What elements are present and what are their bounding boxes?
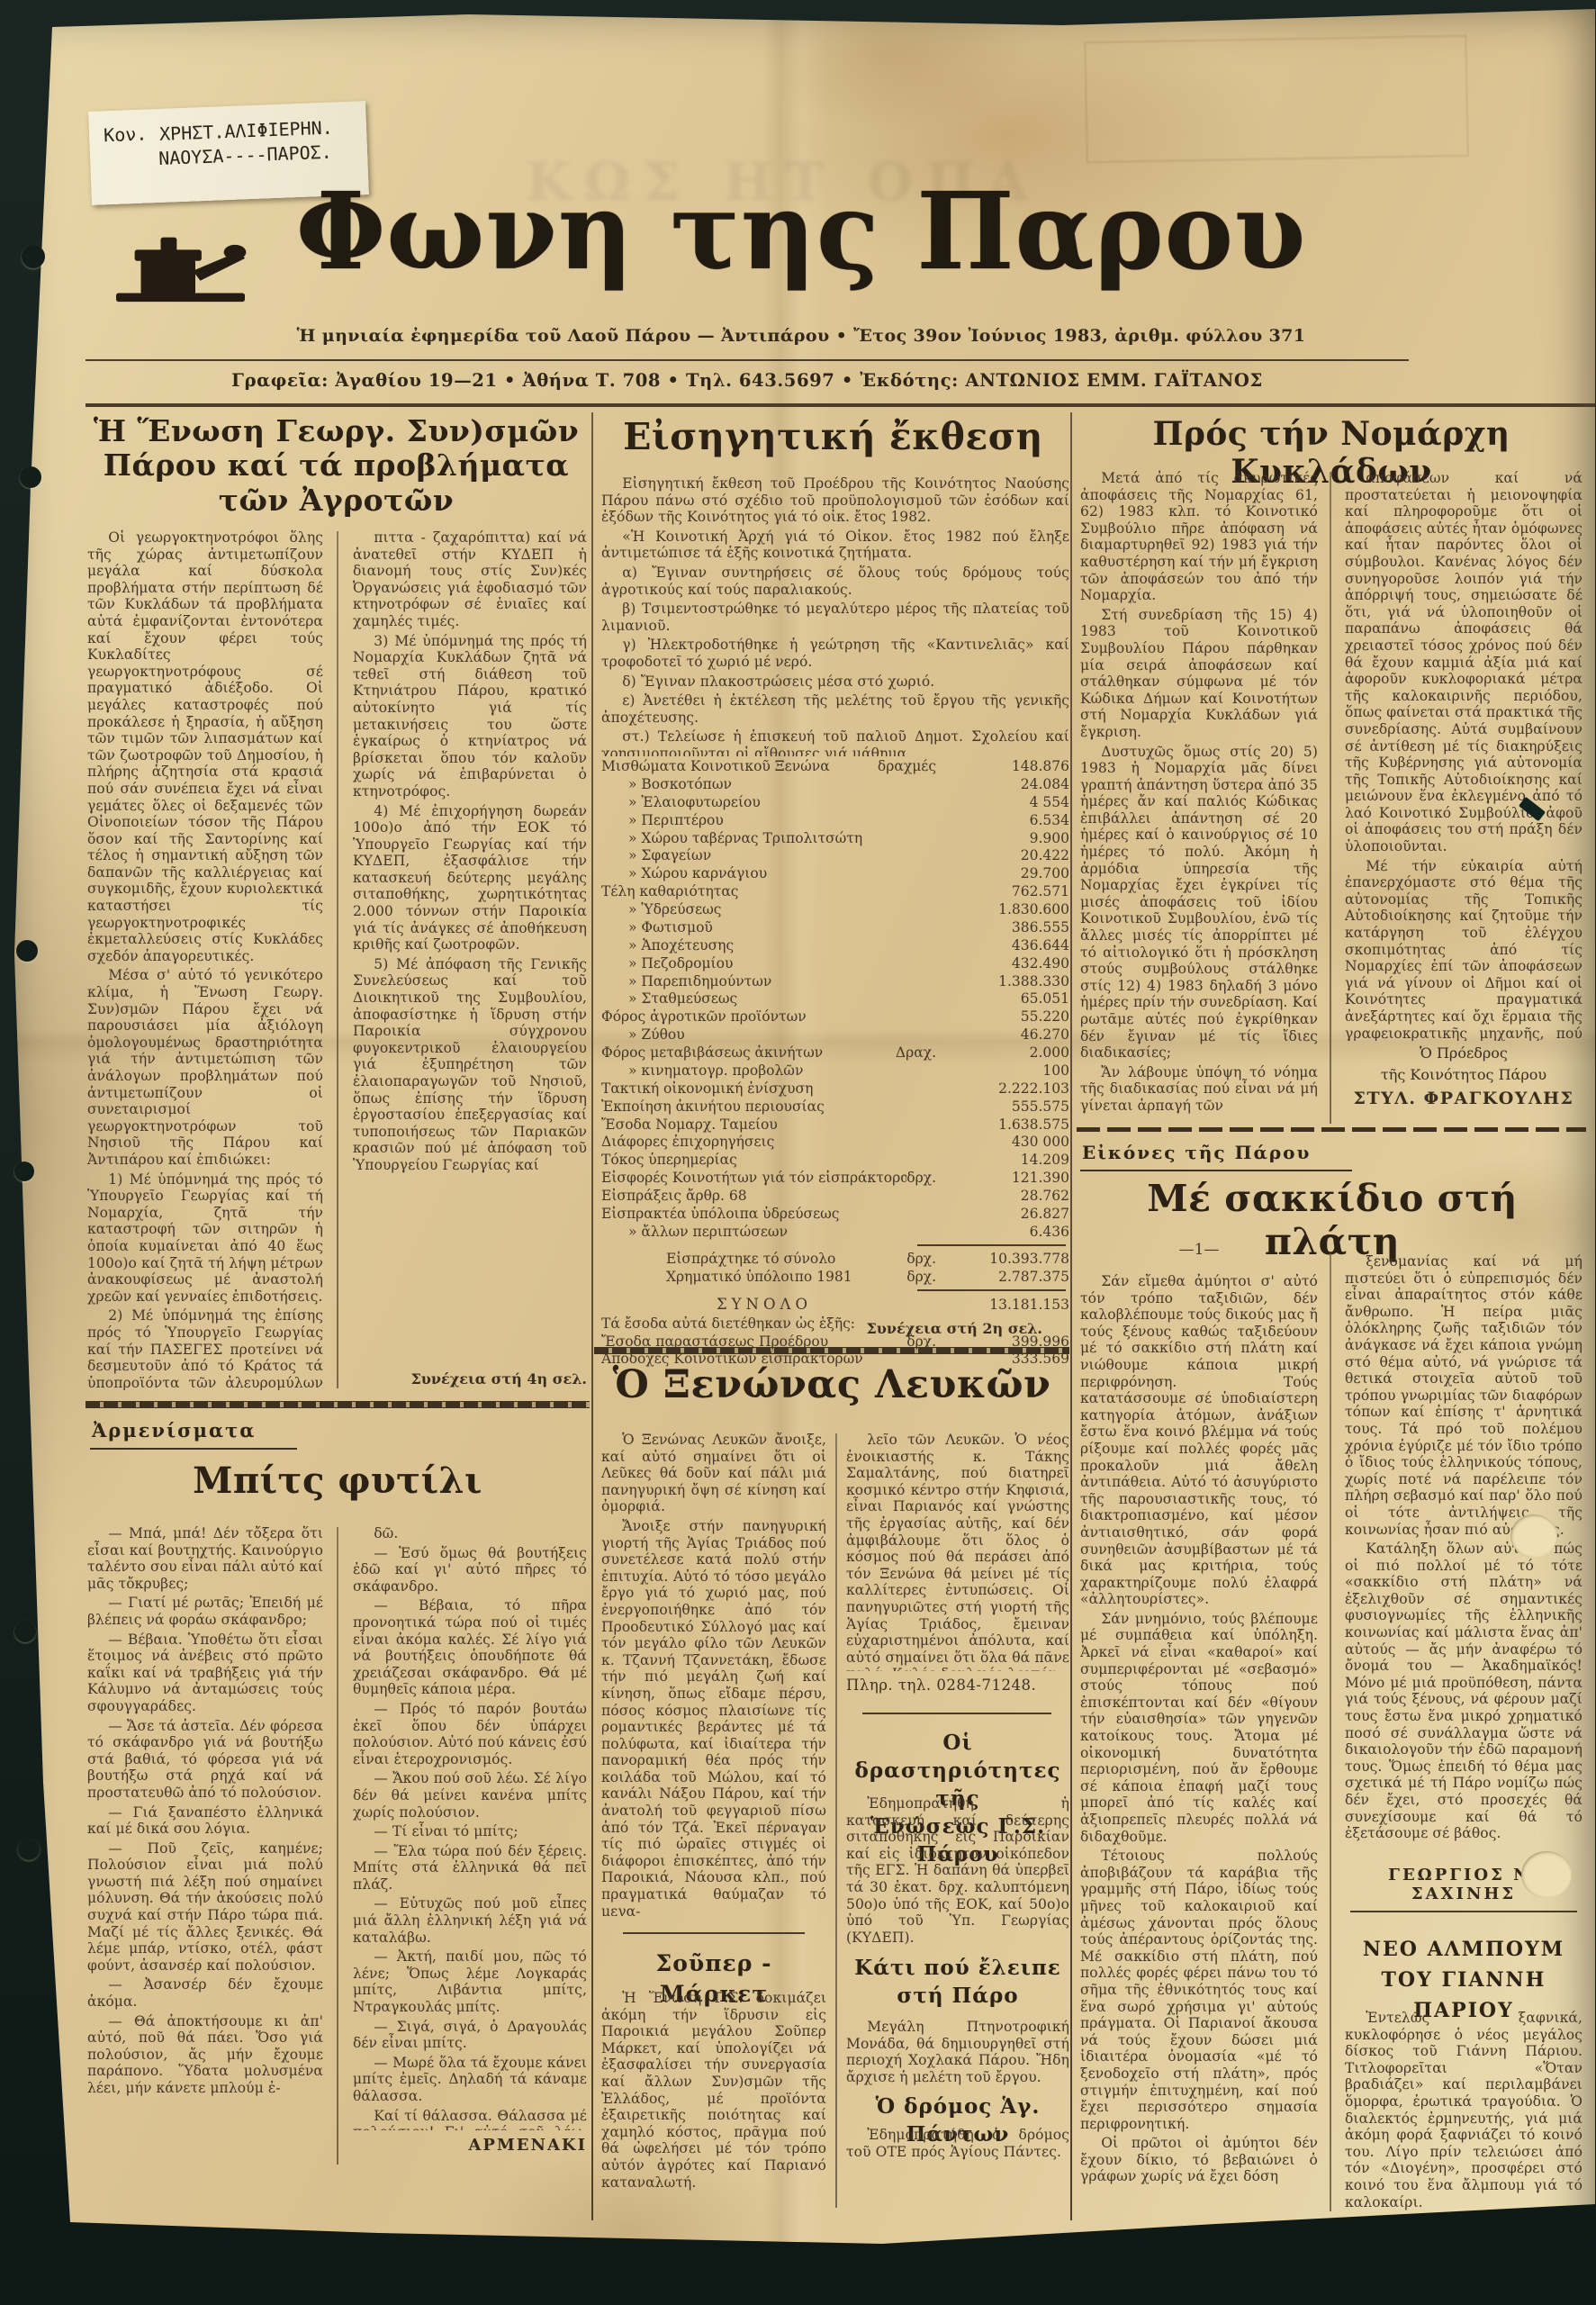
nomarxi-column-2: ἀποφάσεων καί νά προστατεύεται ἡ μειονοψ… [1345,470,1582,1041]
paragraph: Μετά ἀπό τίς ἀκυρωτικές ἀποφάσεις τῆς Νο… [1080,470,1318,604]
section-rule [862,1713,1051,1714]
section-divider [86,1401,590,1408]
paragraph: 1) Μέ ὑπόμνημά της πρός τό Ὑπουργεῖο Γεω… [87,1171,323,1306]
masthead-rule-bottom [86,403,1595,407]
finance-row: Τόκος ὑπερημερίας14.209 [601,1152,1069,1168]
finance-label: » Πεζοδρομίου [601,955,733,972]
agrotes-column-2: πιττα - ζαχαρόπιττα) καί νά ἀνατεθεῖ στή… [353,529,587,1367]
finance-value: 4 554 [969,794,1069,810]
signature-fragkoulis: Ὁ Πρόεδρος τῆς Κοινότητος Πάρου ΣΤΥΛ. ΦΡ… [1345,1043,1582,1112]
paragraph: Ἐδημοπρατήθη ἡ κατασκευή καί δεύτερης σι… [846,1795,1069,1945]
punch-hole [20,466,41,488]
finance-label: Εἰσπρακτέα ὑπόλοιπα ὑδρεύσεως [601,1206,839,1222]
ekthesi-intro: Εἰσηγητική ἔκθεση τοῦ Προέδρου τῆς Κοινό… [601,475,1069,756]
finance-label: Τέλη καθαριότητας [601,883,738,899]
finance-row: Εἰσφορές Κοινοτήτων γιά τόν εἰσπράκτοραδ… [601,1170,1069,1186]
finance-value: 148.876 [969,758,1069,774]
finance-value: 1.830.600 [969,901,1069,917]
finance-unit: δραχμές [878,758,969,774]
finance-value: 65.051 [969,990,1069,1007]
signature-role: Ὁ Πρόεδρος [1345,1043,1582,1064]
finance-row: » Ζύθου46.270 [601,1026,1069,1043]
finance-value: 26.827 [969,1206,1069,1222]
paragraph: στ.) Τελείωσε ἡ ἐπισκευή τοῦ παλιοῦ Δημο… [601,728,1069,756]
finance-label: Τακτική οἰκονομική ἐνίσχυση [601,1080,813,1097]
paragraph: — Ἐσύ ὅμως θά βουτήξεις ἐδῶ καί γι' αὐτό… [353,1545,587,1595]
paragraph: — Γιατί μέ ρωτᾶς; Ἐπειδή μέ βλέπεις νά φ… [87,1595,323,1628]
paper-hole [1521,1851,1572,1898]
paragraph: ε) Ἀνετέθει ἡ ἐκτέλεση τῆς μελέτης τοῦ ἔ… [601,692,1069,726]
subcolumn-divider [835,1433,837,2208]
column-divider [1070,412,1072,2220]
finance-label: ΣΥΝΟΛΟ [601,1296,812,1313]
paragraph: 4) Μέ ἐπιχορήγηση δωρεάν 100ο)ο ἀπό τήν … [353,803,587,954]
finance-value: 24.084 [969,776,1069,792]
finance-row: » Βοσκοτόπων24.084 [601,776,1069,792]
finance-label: Διάφορες ἐπιχορηγήσεις [601,1134,774,1150]
finance-row: » Ἀποχέτευσης436.644 [601,937,1069,954]
continuation-note: Συνέχεια στή 4η σελ. [353,1370,587,1388]
paragraph: Καί τί θάλασσα. Θάλασσα μέ πολούσιον! Γι… [353,2108,587,2130]
scanned-newspaper-photo: { "address_label": { "line1": "Κον.", "l… [0,0,1596,2305]
kati-body: Μεγάλη Πτηνοτροφική Μονάδα, θά δημιουργη… [846,2019,1069,2089]
paragraph: Οἱ πρῶτοι οἱ ἀμύητοι δέν ἔχουν δίκιο, τό… [1080,2135,1318,2185]
section-divider [594,1347,1069,1354]
finance-unit: δρχ. [906,1251,969,1267]
paragraph: α) Ἔγιναν συντηρήσεις σέ ὅλους τούς δρόμ… [601,565,1069,598]
xenonas-column-2: λεῖο τῶν Λευκῶν. Ὁ νέος ἐνοικιαστής κ. Τ… [846,1432,1069,1671]
paragraph: — Βέβαια, τό πῆρα προνοητικά τώρα πού οἱ… [353,1597,587,1698]
paragraph: Τέτοιους πολλούς ἀποβιβάζουν τά καράβια … [1080,1848,1318,2132]
finance-value: 430 000 [969,1134,1069,1150]
paragraph: 2) Μέ ὑπόμνημά της ἐπίσης πρός τό Ὑπουργ… [87,1307,323,1390]
finance-row: Εἰσπράξεις ἄρθρ. 6828.762 [601,1188,1069,1204]
album-body: Ἐντελῶς ξαφνικά, κυκλοφόρησε ὁ νέος μεγά… [1345,2010,1582,2222]
finance-row: Εἰσπρακτέα ὑπόλοιπα ὑδρεύσεως26.827 [601,1206,1069,1222]
paragraph: — Μπά, μπά! Δέν τὄξερα ὅτι εἶσαι καί βου… [87,1525,323,1592]
section-rule [623,1932,805,1934]
finance-label: » Σταθμεύσεως [601,990,737,1007]
finance-row: » ἄλλων περιπτώσεων6.436 [601,1224,1069,1240]
paragraph: — Βέβαια. Ὑποθέτω ὅτι εἶσαι ἕτοιμος νά ἀ… [87,1632,323,1715]
finance-value: 100 [969,1062,1069,1079]
headline-bits: Μπίτς φυτίλι [86,1460,590,1502]
finance-unit: Δραχ. [896,1044,969,1061]
punch-hole [22,245,45,268]
bits-column-2: δῶ.— Ἐσύ ὅμως θά βουτήξεις ἐδῶ καί γι' α… [353,1525,587,2130]
finance-label: » Παρεπιδημούντων [601,973,771,990]
newspaper-page: ΚΩΣ ΗΤ ΟΠΑ Κον. ΧΡΗΣΤ.ΑΛΙΦΙΕΡΗΝ. ΝΑΟΥΣΑ-… [0,0,1596,2305]
xenonas-column-1: Ὁ Ξενώνας Λευκῶν ἄνοιξε, καί αὐτό σημαίν… [601,1432,826,1916]
finance-row: » Σφαγείων20.422 [601,847,1069,863]
paragraph: — Τί εἶναι τό μπίτς; [353,1823,587,1840]
paragraph: Οἱ γεωργοκτηνοτρόφοι ὅλης τῆς χώρας ἀντι… [87,529,323,964]
signature-armenaki: ΑΡΜΕΝΑΚΙ [353,2136,587,2155]
finance-label: Εἰσπράξεις ἄρθρ. 68 [601,1188,747,1204]
finance-row: Χρηματικό ὑπόλοιπο 1981δρχ.2.787.375 [601,1269,1069,1285]
finance-row: » κινηματογρ. προβολῶν100 [601,1062,1069,1079]
paragraph: πιττα - ζαχαρόπιττα) καί νά ἀνατεθεῖ στή… [353,529,587,630]
finance-row: » Ἐλαιοφυτωρείου4 554 [601,794,1069,810]
finance-row: Ἐκποίηση ἀκινήτου περιουσίας555.575 [601,1098,1069,1115]
finance-value: 55.220 [969,1008,1069,1025]
masthead-office-line: Γραφεῖα: Ἀγαθίου 19—21 • Ἀθήνα Τ. 708 • … [86,370,1409,391]
punch-hole [18,1839,40,1860]
paragraph: Κατάληξη ὅλων αὐτῶν, πώς οἱ πιό πολλοί μ… [1345,1541,1582,1842]
finance-label: » Χώρου ταβέρνας Τριπολιτσώτη [601,830,862,846]
finance-label: » Ζύθου [601,1026,685,1043]
finance-row: Φόρος ἀγροτικῶν προϊόντων55.220 [601,1008,1069,1025]
finance-table: Μισθώματα Κοινοτικοῦ Ξενώναδραχμές148.87… [601,758,1069,1369]
finance-label: » κινηματογρ. προβολῶν [601,1062,803,1079]
finance-row: » Ὑδρεύσεως1.830.600 [601,901,1069,917]
paragraph: ξενομανίας καί νά μή πιστεύει ὅτι ὁ εὐπρ… [1345,1253,1582,1538]
finance-row: » Σταθμεύσεως65.051 [601,990,1069,1007]
headline-kati-eleipe: Κάτι πού ἔλειπε στή Πάρο [846,1954,1069,2010]
paragraph: Εἰσηγητική ἔκθεση τοῦ Προέδρου τῆς Κοινό… [601,475,1069,526]
finance-label: Ἔσοδα Νομαρχ. Ταμείου [601,1116,778,1133]
kicker-eikones: Εἰκόνες τῆς Πάρου [1080,1142,1352,1171]
subcolumn-divider [337,1527,338,2165]
finance-value: 6.436 [969,1224,1069,1240]
punch-hole [14,1621,36,1642]
paragraph: — Ἔλα τώρα πού δέν ξέρεις. Μπίτς στά ἑλλ… [353,1843,587,1894]
table-subtotal-rule [917,1289,1066,1291]
headline-xenonas: Ὁ Ξενώνας Λευκῶν [594,1363,1069,1408]
finance-label: Φόρος ἀγροτικῶν προϊόντων [601,1008,807,1025]
punch-hole [14,1162,34,1181]
sakkidio-column-1: Σάν εἴμεθα ἀμύητοι σ' αὐτό τόν τρόπο ταξ… [1080,1273,1318,2220]
finance-row: ΣΥΝΟΛΟ13.181.153 [601,1296,1069,1313]
finance-label: » Σφαγείων [601,847,711,863]
finance-label: Χρηματικό ὑπόλοιπο 1981 [601,1269,852,1285]
paragraph: Μέσα σ' αὐτό τό γενικότερο κλίμα, ἡ Ἕνωσ… [87,967,323,1168]
finance-value: 29.700 [969,865,1069,881]
paragraph: — Ἄκου πού σοῦ λέω. Σέ λίγο δέν θά μείνε… [353,1770,587,1821]
finance-value: 121.390 [969,1170,1069,1186]
paragraph: — Ἀκτή, παιδί μου, πῶς τό λένε; Ὅπως λέμ… [353,1948,587,2015]
finance-label: » Χώρου καρνάγιου [601,865,767,881]
finance-value: 6.534 [969,812,1069,828]
subcolumn-divider [337,531,338,1388]
finance-value: 28.762 [969,1188,1069,1204]
finance-row: » Χώρου ταβέρνας Τριπολιτσώτη9.900 [601,830,1069,846]
part-number: —1— [1080,1241,1318,1259]
newspaper-title: Φωνη της Παρου [286,173,1317,315]
finance-value: 13.181.153 [969,1297,1069,1313]
agrotes-column-1: Οἱ γεωργοκτηνοτρόφοι ὅλης τῆς χώρας ἀντι… [87,529,323,1390]
finance-value: 2.000 [969,1044,1069,1061]
finance-label: Εἰσφορές Κοινοτήτων γιά τόν εἰσπράκτορα [601,1170,906,1186]
paragraph: Σάν μνημόνιο, τούς βλέπουμε μέ συμπάθεια… [1080,1611,1318,1845]
finance-label: Φόρος μεταβιβάσεως ἀκινήτων [601,1044,823,1061]
signature-name: ΣΤΥΛ. ΦΡΑΓΚΟΥΛΗΣ [1345,1086,1582,1112]
finance-row: Μισθώματα Κοινοτικοῦ Ξενώναδραχμές148.87… [601,758,1069,774]
paragraph: Ἐντελῶς ξαφνικά, κυκλοφόρησε ὁ νέος μεγά… [1345,2010,1582,2210]
paragraph: δ) Ἔγιναν πλακοστρώσεις μέσα στό χωριό. [601,673,1069,691]
finance-row: » Περιπτέρου6.534 [601,812,1069,828]
finance-row: Τακτική οἰκονομική ἐνίσχυση2.222.103 [601,1080,1069,1097]
finance-value: 555.575 [969,1098,1069,1115]
finance-label: » Περιπτέρου [601,812,724,828]
paragraph: β) Τσιμεντοστρώθηκε τό μεγαλύτερο μέρος … [601,601,1069,634]
paragraph: δῶ. [353,1525,587,1542]
finance-label: » Ἐλαιοφυτωρείου [601,794,761,810]
subcolumn-divider [1330,1253,1331,2211]
paragraph: — Γιά ξαναπέστο ἑλληνικά καί μέ δικά σου… [87,1804,323,1838]
finance-label: » Ὑδρεύσεως [601,901,721,917]
finance-label: Εἰσπράχτηκε τό σύνολο [601,1251,835,1267]
finance-value: 46.270 [969,1026,1069,1043]
finance-row: » Φωτισμοῦ386.555 [601,919,1069,936]
finance-value: 2.787.375 [969,1269,1069,1285]
finance-row: Τέλη καθαριότητας762.571 [601,883,1069,899]
paragraph: λεῖο τῶν Λευκῶν. Ὁ νέος ἐνοικιαστής κ. Τ… [846,1432,1069,1671]
continuation-note: Συνέχεια στή 2η σελ. [601,1320,1042,1337]
column-divider [591,412,593,2220]
finance-label: » Φωτισμοῦ [601,919,713,936]
paragraph: 3) Μέ ὑπόμνημά της πρός τή Νομαρχία Κυκλ… [353,633,587,800]
paragraph: — Θά ἀποκτήσουμε κι ἀπ' αὐτό, ποῦ θά πάε… [87,2013,323,2097]
section-rule [1350,1911,1577,1912]
finance-value: 762.571 [969,883,1069,899]
finance-label: » ἄλλων περιπτώσεων [601,1224,788,1240]
finance-row: Φόρος μεταβιβάσεως ἀκινήτωνΔραχ.2.000 [601,1044,1069,1061]
bleed-through-frame [1084,34,1469,163]
finance-value: 14.209 [969,1152,1069,1168]
finance-value: 386.555 [969,919,1069,936]
table-subtotal-rule [917,1244,1066,1246]
finance-value: 2.222.103 [969,1080,1069,1097]
printing-press-logo-icon [106,230,255,306]
finance-value: 432.490 [969,955,1069,972]
finance-row: Διάφορες ἐπιχορηγήσεις430 000 [601,1134,1069,1150]
finance-label: Μισθώματα Κοινοτικοῦ Ξενώνα [601,758,830,774]
paragraph: Δυστυχῶς ὅμως στίς 20) 5) 1983 ἡ Νομαρχί… [1080,744,1318,1062]
paragraph: Ἐδημοπρατήθη ὁ δρόμος τοῦ ΟΤΕ πρός Ἁγίου… [846,2127,1069,2160]
paragraph: — Μωρέ ὅλα τά ἔχουμε κάνει μπίτς ἐμεῖς. … [353,2055,587,2105]
finance-row: Ἔσοδα Νομαρχ. Ταμείου1.638.575 [601,1116,1069,1133]
signature-org: τῆς Κοινότητος Πάρου [1345,1064,1582,1086]
finance-row: » Πεζοδρομίου432.490 [601,955,1069,972]
finance-row: Εἰσπράχτηκε τό σύνολοδρχ.10.393.778 [601,1251,1069,1267]
dromos-body: Ἐδημοπρατήθη ὁ δρόμος τοῦ ΟΤΕ πρός Ἁγίου… [846,2127,1069,2197]
masthead-rule-top [86,359,1409,361]
paragraph: Ὁ Ξενώνας Λευκῶν ἄνοιξε, καί αὐτό σημαίν… [601,1432,826,1515]
headline-ekthesi: Εἰσηγητική ἔκθεση [597,416,1069,459]
finance-value: 10.393.778 [969,1251,1069,1267]
punch-hole [16,940,38,962]
paragraph: — Σιγά, σιγά, ὁ Δραγουλάς δέν εἶναι μπίτ… [353,2019,587,2052]
paragraph: — Ἄσε τά ἀστεῖα. Δέν φόρεσα τό σκάφανδρο… [87,1718,323,1802]
finance-value: 9.900 [969,830,1069,846]
masthead-subtitle: Ἡ μηνιαία ἐφημερίδα τοῦ Λαοῦ Πάρου — Ἀντ… [225,326,1377,346]
paragraph: — Ποῦ ζεῖς, καημένε; Πολούσιον εἶναι μιά… [87,1840,323,1975]
finance-row: » Χώρου καρνάγιου29.700 [601,865,1069,881]
paragraph: Μέ τήν εὐκαιρία αὐτή ἐπανερχόμαστε στό θ… [1345,858,1582,1041]
paper-hole [1510,1514,1557,1558]
drastiriotites-body: Ἐδημοπρατήθη ἡ κατασκευή καί δεύτερης σι… [846,1795,1069,1945]
finance-label: » Βοσκοτόπων [601,776,732,792]
nomarxi-column-1: Μετά ἀπό τίς ἀκυρωτικές ἀποφάσεις τῆς Νο… [1080,470,1318,1125]
paragraph: Μεγάλη Πτηνοτροφική Μονάδα, θά δημιουργη… [846,2019,1069,2085]
xenonas-phone: Πληρ. τηλ. 0284-71248. [846,1677,1069,1694]
paragraph: — Ἀσανσέρ δέν ἔχουμε ἀκόμα. [87,1976,323,2010]
paragraph: «Ἡ Κοινοτική Ἀρχή γιά τό Οἰκον. ἔτος 198… [601,529,1069,562]
finance-value: 1.388.330 [969,973,1069,990]
finance-label: Ἐκποίηση ἀκινήτου περιουσίας [601,1098,825,1115]
paragraph: 5) Μέ ἀπόφαση τῆς Γενικῆς Συνελεύσεως κα… [353,956,587,1174]
paragraph: — Εὐτυχῶς πού μοῦ εἶπες μιά ἄλλη ἑλληνικ… [353,1895,587,1946]
souper-body: Ἡ Ἕνωση Γ.Σ. δοκιμάζει ἀκόμη τήν ἵδρυσιν… [601,1990,826,2217]
finance-unit: δρχ. [906,1269,969,1285]
headline-agrotes: Ἡ Ἕνωση Γεωργ. Συν)σμῶν Πάρου καί τά προ… [83,414,590,518]
paragraph: Στή συνεδρίαση τῆς 15) 4) 1983 τοῦ Κοινο… [1080,607,1318,741]
subcolumn-divider [1330,472,1331,1124]
paragraph: ἀποφάσεων καί νά προστατεύεται ἡ μειονοψ… [1345,470,1582,855]
finance-label: Τόκος ὑπερημερίας [601,1152,737,1168]
finance-row: » Παρεπιδημούντων1.388.330 [601,973,1069,990]
finance-label: » Ἀποχέτευσης [601,937,734,954]
paragraph: Ἄνοιξε στήν πανηγυρική γιορτή τῆς Ἁγίας … [601,1518,826,1916]
kicker-armenismata: Ἀρμενίσματα [90,1419,297,1450]
paragraph: Ἡ Ἕνωση Γ.Σ. δοκιμάζει ἀκόμη τήν ἵδρυσιν… [601,1990,826,2191]
paragraph: Σάν εἴμεθα ἀμύητοι σ' αὐτό τόν τρόπο ταξ… [1080,1273,1318,1608]
finance-unit: δρχ. [906,1170,969,1186]
finance-value: 436.644 [969,937,1069,954]
section-divider [1077,1127,1586,1132]
finance-value: 20.422 [969,847,1069,863]
finance-value: 1.638.575 [969,1116,1069,1133]
paragraph: Ἄν λάβουμε ὑπόψη τό νόημα τῆς διαδικασία… [1080,1064,1318,1115]
paragraph: — Πρός τό παρόν βουτάω ἐκεῖ ὅπου δέν ὑπά… [353,1701,587,1767]
bits-column-1: — Μπά, μπά! Δέν τὄξερα ὅτι εἶσαι καί βου… [87,1525,323,2166]
paragraph: γ) Ἠλεκτροδοτήθηκε ἡ γεώτρηση τῆς «Καντι… [601,637,1069,670]
